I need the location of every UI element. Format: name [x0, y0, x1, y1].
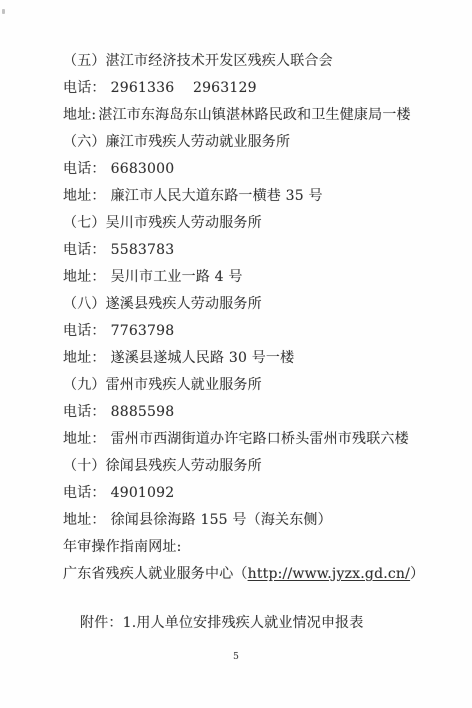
address-value: 吴川市工业一路 4 号 [111, 269, 243, 285]
org-heading: （七）吴川市残疾人劳动服务所 [63, 210, 443, 237]
org-heading: （九）雷州市残疾人就业服务所 [63, 372, 443, 399]
service-center-name: 广东省残疾人就业服务中心（ [63, 566, 248, 582]
org-entry: （六）廉江市残疾人劳动就业服务所 电话：6683000 地址：廉江市人民大道东路… [63, 129, 443, 210]
attachment-line: 附件：1.用人单位安排残疾人就业情况申报表 [63, 610, 443, 637]
org-heading: （六）廉江市残疾人劳动就业服务所 [63, 129, 443, 156]
attachment-item: 1.用人单位安排残疾人就业情况申报表 [123, 615, 364, 631]
org-name: 湛江市经济技术开发区残疾人联合会 [106, 53, 333, 69]
org-phone-line: 电话：4901092 [63, 480, 443, 507]
org-heading: （八）遂溪县残疾人劳动服务所 [63, 291, 443, 318]
org-phone-line: 电话：2961336 2963129 [63, 75, 443, 102]
phone-label: 电话： [63, 485, 106, 501]
phone-value: 6683000 [111, 161, 175, 177]
org-entry: （八）遂溪县残疾人劳动服务所 电话：7763798 地址：遂溪县遂城人民路 30… [63, 291, 443, 372]
org-address-line: 地址：吴川市工业一路 4 号 [63, 264, 443, 291]
org-address-line: 地址：徐闻县徐海路 155 号（海关东侧） [63, 507, 443, 534]
org-name: 廉江市残疾人劳动就业服务所 [106, 134, 291, 150]
org-phone-line: 电话：7763798 [63, 318, 443, 345]
org-name: 遂溪县残疾人劳动服务所 [106, 296, 262, 312]
org-number: （六） [63, 134, 106, 150]
address-label: 地址： [63, 350, 106, 366]
org-address-line: 地址：廉江市人民大道东路一横巷 35 号 [63, 183, 443, 210]
org-phone-line: 电话：6683000 [63, 156, 443, 183]
org-phone-line: 电话：8885598 [63, 399, 443, 426]
org-number: （五） [63, 53, 106, 69]
address-value: 徐闻县徐海路 155 号（海关东侧） [111, 512, 332, 528]
address-value: 雷州市西湖街道办许宅路口桥头雷州市残联六楼 [111, 431, 409, 447]
document-content: （五）湛江市经济技术开发区残疾人联合会 电话：2961336 2963129 地… [63, 48, 443, 637]
phone-label: 电话： [63, 161, 106, 177]
org-name: 雷州市残疾人就业服务所 [106, 377, 262, 393]
page-number: 5 [0, 652, 472, 662]
annual-review-guide-label: 年审操作指南网址: [63, 534, 443, 561]
address-label: 地址： [63, 188, 106, 204]
org-heading: （十）徐闻县残疾人劳动服务所 [63, 453, 443, 480]
org-name: 徐闻县残疾人劳动服务所 [106, 458, 262, 474]
org-number: （十） [63, 458, 106, 474]
service-center-line: 广东省残疾人就业服务中心（http://www.jyzx.gd.cn/） [63, 561, 443, 588]
address-label: 地址: [63, 107, 96, 123]
org-number: （七） [63, 215, 106, 231]
service-center-suffix: ） [410, 566, 424, 582]
org-name: 吴川市残疾人劳动服务所 [106, 215, 262, 231]
attachment-label: 附件： [80, 615, 123, 631]
scan-artifact [2, 9, 5, 14]
address-label: 地址： [63, 431, 106, 447]
address-value: 遂溪县遂城人民路 30 号一楼 [111, 350, 295, 366]
service-center-url: http://www.jyzx.gd.cn/ [248, 566, 410, 582]
org-entry: （七）吴川市残疾人劳动服务所 电话：5583783 地址：吴川市工业一路 4 号 [63, 210, 443, 291]
phone-label: 电话： [63, 242, 106, 258]
address-value: 湛江市东海岛东山镇湛林路民政和卫生健康局一楼 [98, 107, 410, 123]
phone-value: 2961336 2963129 [111, 80, 257, 96]
org-number: （八） [63, 296, 106, 312]
org-address-line: 地址:湛江市东海岛东山镇湛林路民政和卫生健康局一楼 [63, 102, 443, 129]
phone-label: 电话： [63, 323, 106, 339]
phone-label: 电话： [63, 80, 106, 96]
org-entry: （十）徐闻县残疾人劳动服务所 电话：4901092 地址：徐闻县徐海路 155 … [63, 453, 443, 534]
document-page: （五）湛江市经济技术开发区残疾人联合会 电话：2961336 2963129 地… [0, 0, 472, 708]
phone-value: 7763798 [111, 323, 175, 339]
org-address-line: 地址：遂溪县遂城人民路 30 号一楼 [63, 345, 443, 372]
phone-value: 8885598 [111, 404, 175, 420]
org-phone-line: 电话：5583783 [63, 237, 443, 264]
address-label: 地址： [63, 269, 106, 285]
org-address-line: 地址：雷州市西湖街道办许宅路口桥头雷州市残联六楼 [63, 426, 443, 453]
phone-value: 4901092 [111, 485, 175, 501]
address-label: 地址： [63, 512, 106, 528]
org-number: （九） [63, 377, 106, 393]
phone-value: 5583783 [111, 242, 175, 258]
address-value: 廉江市人民大道东路一横巷 35 号 [111, 188, 323, 204]
org-entry: （五）湛江市经济技术开发区残疾人联合会 电话：2961336 2963129 地… [63, 48, 443, 129]
phone-label: 电话： [63, 404, 106, 420]
org-heading: （五）湛江市经济技术开发区残疾人联合会 [63, 48, 443, 75]
org-entry: （九）雷州市残疾人就业服务所 电话：8885598 地址：雷州市西湖街道办许宅路… [63, 372, 443, 453]
